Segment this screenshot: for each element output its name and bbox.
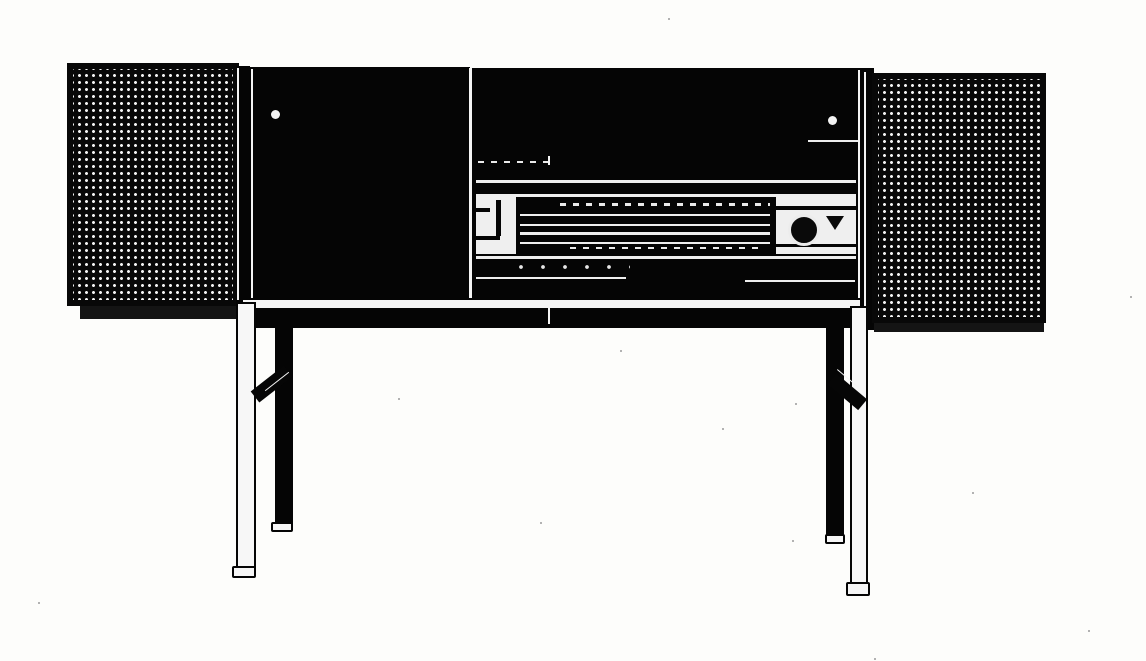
- scan-speck: [792, 540, 794, 542]
- left-front-foot: [232, 566, 256, 578]
- right-back-leg: [826, 324, 844, 538]
- illustration: Vintage hi-fi radiogram console with two…: [0, 0, 1146, 661]
- lid-indicator-knob-icon: [271, 110, 280, 119]
- left-speaker-grille: Left speaker cabinet: [67, 63, 239, 306]
- right-front-leg: [850, 306, 868, 590]
- left-back-leg: [275, 318, 293, 528]
- band-selector-slot-2: [476, 236, 500, 240]
- left-speaker-edge-line: [237, 68, 239, 300]
- volume-knob-icon[interactable]: [826, 216, 844, 230]
- band-selector-slot-1: [476, 208, 490, 212]
- push-buttons-row[interactable]: [510, 262, 630, 272]
- right-back-foot: [825, 534, 845, 544]
- scan-speck: [972, 492, 974, 494]
- scale-line-6: [520, 242, 770, 244]
- apron-seam: [548, 306, 550, 324]
- scale-line-7: [476, 256, 856, 259]
- stand-top-rail: [243, 300, 863, 308]
- scale-line-3: [520, 214, 770, 216]
- lid-left-edge: [251, 69, 253, 299]
- scan-speck: [398, 398, 400, 400]
- scan-speck: [668, 18, 670, 20]
- stand-apron: [255, 310, 860, 324]
- scale-ticks-top: [560, 203, 770, 206]
- right-front-foot: [846, 582, 870, 596]
- tuning-knob-icon[interactable]: [788, 214, 820, 246]
- scale-line-5: [520, 232, 770, 235]
- scan-speck: [620, 350, 622, 352]
- scale-ticks-bottom: [570, 247, 760, 249]
- left-front-leg: [236, 302, 256, 572]
- radio-top-trim: [808, 140, 858, 142]
- scale-line-4: [520, 224, 770, 226]
- radio-indicator-knob-icon: [828, 116, 837, 125]
- right-speaker-edge-line: [864, 72, 866, 322]
- band-label-dashes: [478, 161, 548, 163]
- scan-speck: [1130, 296, 1132, 298]
- scan-speck: [874, 658, 876, 660]
- scale-line-9: [745, 280, 855, 282]
- scan-speck: [722, 428, 724, 430]
- right-speaker-grille: Right speaker cabinet: [872, 73, 1046, 323]
- knob-plate-groove-2: [776, 244, 856, 247]
- record-player-lid[interactable]: Record player lid: [249, 67, 470, 299]
- scale-line-8: [476, 277, 626, 279]
- band-selector-icon: [496, 200, 501, 236]
- knob-plate-groove-1: [776, 206, 856, 210]
- left-back-foot: [271, 522, 293, 532]
- band-label-mark: [548, 156, 550, 165]
- scan-speck: [1088, 630, 1090, 632]
- scale-line-1: [476, 180, 856, 183]
- scan-speck: [540, 522, 542, 524]
- scan-speck: [795, 403, 797, 405]
- scan-speck: [38, 602, 40, 604]
